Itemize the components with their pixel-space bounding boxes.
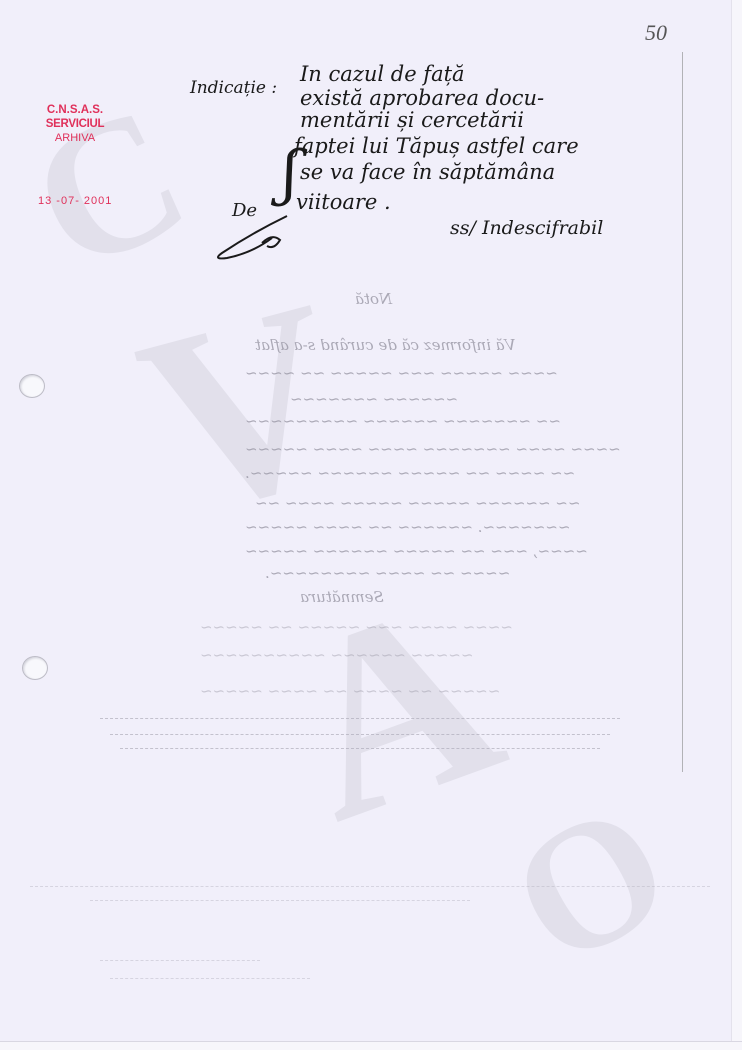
stamp-date: 13 -07- 2001	[38, 195, 112, 207]
signature-flourish-icon	[212, 208, 292, 263]
stamp-line-3: ARHIVA	[30, 131, 120, 145]
note-line: se va face în săptămâna	[300, 162, 555, 183]
folio-number: 50	[645, 20, 667, 46]
faint-closing: Semnătura	[300, 590, 384, 605]
punch-hole	[19, 374, 45, 398]
faint-heading: Notă	[355, 292, 392, 307]
stamp-line-2: SERVICIUL	[30, 117, 120, 131]
note-line: viitoare .	[296, 192, 391, 213]
faint-line: ~~~~~~~. ~~~~~~ ~~ ~~~~ ~~~~~	[245, 520, 570, 535]
faint-line: ~~~~ ~~~~ ~~~ ~~~~~ ~~ ~~~~~	[200, 620, 513, 635]
signature-right: ss/ Indescifrabil	[450, 218, 603, 239]
note-label: Indicație :	[190, 78, 277, 99]
faint-dash-row	[110, 734, 610, 737]
faint-dash-row	[100, 960, 260, 963]
faint-line: ~~ ~~~~~~~ ~~~~~~ ~~~~~~~~~	[245, 414, 561, 429]
margin-rule	[682, 52, 683, 772]
margin-bracket-mark: ʃ	[282, 138, 298, 208]
faint-line: Vă informez că de curând s-a aflat	[255, 338, 516, 353]
stamp-line-1: C.N.S.A.S.	[30, 103, 120, 117]
note-line: faptei lui Tăpuș astfel care	[294, 136, 579, 157]
archive-stamp: C.N.S.A.S. SERVICIUL ARHIVA	[30, 103, 120, 145]
faint-line: ~~~~~ ~~ ~~~~ ~~ ~~~~ ~~~~~	[200, 684, 500, 699]
faint-dash-row	[90, 900, 470, 903]
note-line: In cazul de față	[300, 64, 465, 85]
document-page: C V A O C.N.S.A.S. SERVICIUL ARHIVA 13 -…	[0, 0, 742, 1050]
note-line: mentării și cercetării	[300, 110, 524, 131]
faint-line: ~~~~, ~~~ ~~ ~~~~~ ~~~~~~ ~~~~~	[245, 544, 588, 559]
faint-line: ~~~~ ~~ ~~~~ ~~~~~~~~.	[265, 566, 510, 581]
faint-line: ~~~~~ ~~~~~~ ~~~~~~~~~~	[200, 648, 473, 663]
page-edge-right	[731, 0, 742, 1050]
faint-line: ~~ ~~~~~~ ~~~~~ ~~~~~ ~~~~ ~~	[255, 496, 580, 511]
faint-dash-row	[30, 886, 710, 889]
faint-line: ~~ ~~~~ ~~ ~~~~~ ~~~~~~ ~~~~~.	[245, 466, 575, 481]
faint-dash-row	[120, 748, 600, 751]
faint-line: ~~~~~~ ~~~~~~~	[290, 392, 458, 407]
faint-dash-row	[110, 978, 310, 981]
page-edge-bottom	[0, 1041, 742, 1050]
note-line: există aprobarea docu-	[300, 88, 544, 109]
faint-line: ~~~~ ~~~~~ ~~~ ~~~~~ ~~ ~~~~	[245, 366, 558, 381]
punch-hole	[22, 656, 48, 680]
faint-dash-row	[100, 718, 620, 721]
faint-line: ~~~~ ~~~~ ~~~~~~~ ~~~~ ~~~~ ~~~~~	[245, 442, 621, 457]
